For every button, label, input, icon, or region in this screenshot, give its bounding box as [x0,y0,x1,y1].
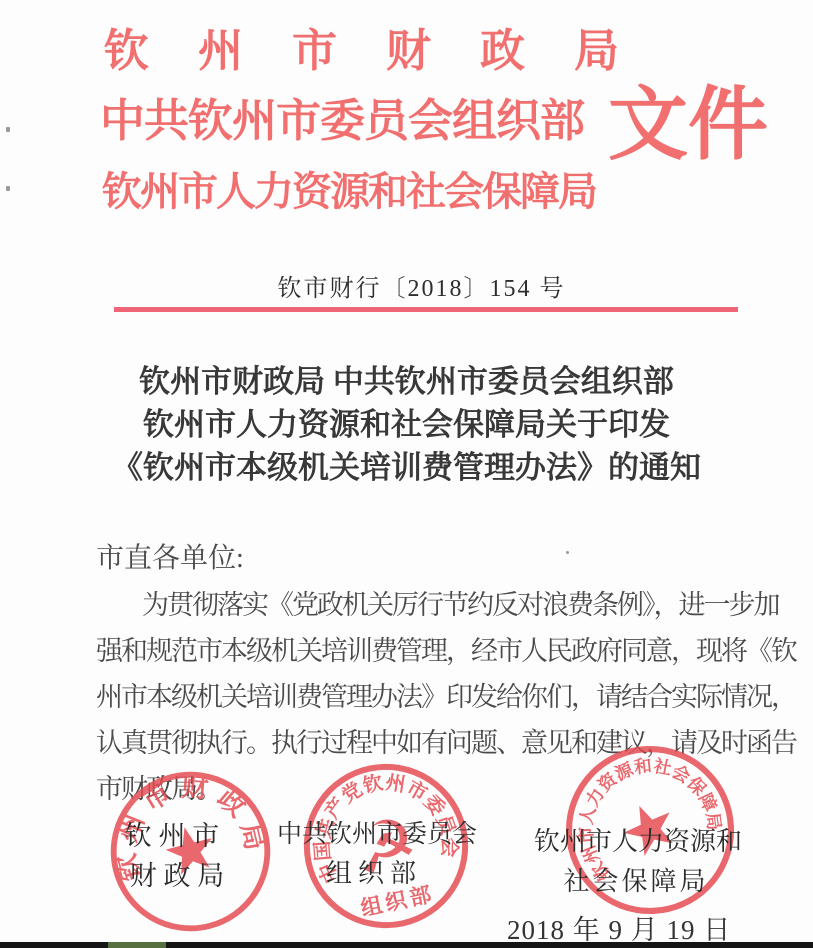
signatory-finance-line2: 财 政 局 [130,854,225,893]
signatory-party-line2: 组织部 [326,853,422,890]
letterhead-agency-3: 钦州市人力资源和社会保障局 [102,160,596,217]
title-line-1: 钦州市财政局 中共钦州市委员会组织部 [0,360,813,403]
body-line: 强和规范市本级机关培训费管理，经市人民政府同意，现将《钦 [96,628,748,674]
signatory-party-line1: 中共钦州市委员会 [277,814,477,850]
body-line: 州市本级机关培训费管理办法》印发给你们，请结合实际情况， [96,674,748,720]
body-line: 为贯彻落实《党政机关厉行节约反对浪费条例》，进一步加 [96,582,748,628]
title-line-2: 钦州市人力资源和社会保障局关于印发 [0,403,813,446]
scan-speck [566,551,569,554]
signatory-finance-line1: 钦 州 市 [125,814,220,853]
letterhead-agency-1: 钦州市财政局 [104,14,668,79]
letterhead-agency-2: 中共钦州市委员会组织部 [100,84,584,149]
document-title: 钦州市财政局 中共钦州市委员会组织部 钦州市人力资源和社会保障局关于印发 《钦州… [0,360,813,489]
signatory-hr-line2: 社会保障局 [563,861,708,898]
scan-speck [6,127,10,132]
document-page: 钦州市财政局 中共钦州市委员会组织部 文件 钦州市人力资源和社会保障局 钦市财行… [0,0,813,948]
signatory-hr-line1: 钦州市人力资源和 [534,821,742,858]
scan-edge-bar [0,942,813,948]
red-divider-line [114,307,738,312]
letterhead-document-word: 文件 [608,60,768,175]
scan-edge-bar-green-segment [108,942,166,948]
salutation: 市直各单位: [96,536,748,582]
title-line-3: 《钦州市本级机关培训费管理办法》的通知 [0,446,813,489]
scan-speck [6,186,10,191]
document-number: 钦市财行〔2018〕154 号 [0,268,813,303]
